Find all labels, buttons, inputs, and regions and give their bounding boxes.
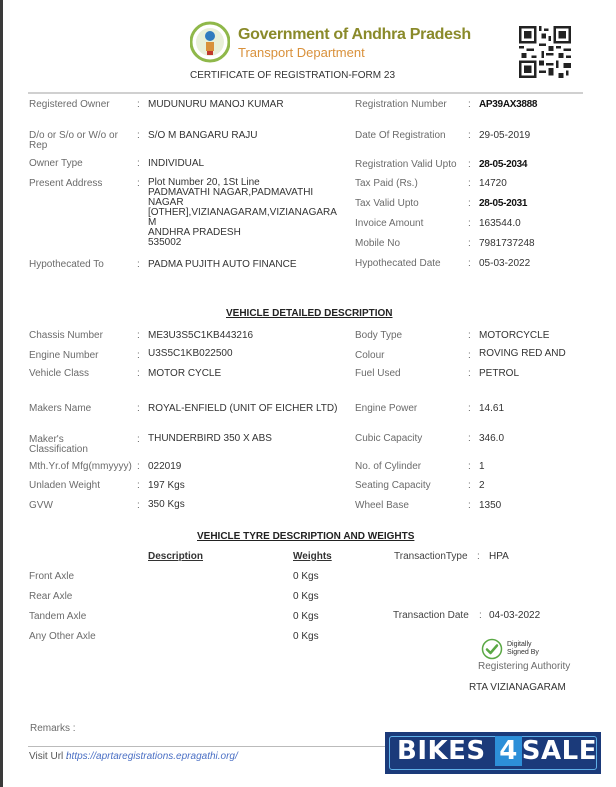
hypothecated-date-value: 05-03-2022 xyxy=(479,258,530,269)
watermark-word-bikes: BIKES xyxy=(397,736,486,766)
colon: : xyxy=(468,198,471,209)
registered-owner-label: Registered Owner xyxy=(29,99,110,110)
colon: : xyxy=(137,130,140,141)
cubic-capacity-label: Cubic Capacity xyxy=(355,433,422,444)
registering-authority-label: Registering Authority xyxy=(478,661,570,672)
andhra-pradesh-emblem-icon xyxy=(190,20,230,64)
colon: : xyxy=(468,99,471,110)
colon: : xyxy=(137,368,140,379)
registered-owner-value: MUDUNURU MANOJ KUMAR xyxy=(148,99,284,110)
certificate-title: CERTIFICATE OF REGISTRATION-FORM 23 xyxy=(190,70,395,81)
tyre-row-weight: 0 Kgs xyxy=(293,591,319,602)
tyre-row-description: Front Axle xyxy=(29,571,74,582)
mobile-no-label: Mobile No xyxy=(355,238,400,249)
digitally-label: Digitally xyxy=(507,641,532,648)
colour-value: ROVING RED AND xyxy=(479,348,566,359)
makers-classification-value: THUNDERBIRD 350 X ABS xyxy=(148,433,272,444)
colon: : xyxy=(468,159,471,170)
engine-number-value: U3S5C1KB022500 xyxy=(148,348,233,359)
hypothecated-date-label: Hypothecated Date xyxy=(355,258,441,269)
colon: : xyxy=(468,178,471,189)
qr-code-icon xyxy=(519,26,571,78)
chassis-number-value: ME3U3S5C1KB443216 xyxy=(148,330,253,341)
visit-url-link[interactable]: https://aprtaregistrations.epragathi.org… xyxy=(66,751,238,762)
date-of-registration-label: Date Of Registration xyxy=(355,130,446,141)
seating-capacity-label: Seating Capacity xyxy=(355,480,431,491)
colon: : xyxy=(468,368,471,379)
date-of-registration-value: 29-05-2019 xyxy=(479,130,530,141)
present-address-label: Present Address xyxy=(29,178,102,189)
colon: : xyxy=(468,330,471,341)
colon: : xyxy=(468,433,471,444)
digital-signature-check-icon xyxy=(481,638,503,660)
body-type-value: MOTORCYCLE xyxy=(479,330,549,341)
colon: : xyxy=(137,461,140,472)
mobile-no-value: 7981737248 xyxy=(479,238,535,249)
engine-power-value: 14.61 xyxy=(479,403,504,414)
wheel-base-value: 1350 xyxy=(479,500,501,511)
hypothecated-to-value: PADMA PUJITH AUTO FINANCE xyxy=(148,259,297,270)
tax-valid-upto-label: Tax Valid Upto xyxy=(355,198,419,209)
tax-valid-upto-value: 28-05-2031 xyxy=(479,198,527,209)
colon: : xyxy=(137,350,140,361)
no-of-cylinder-value: 1 xyxy=(479,461,485,472)
colon: : xyxy=(468,130,471,141)
vehicle-section-title: VEHICLE DETAILED DESCRIPTION xyxy=(226,308,393,319)
header-divider xyxy=(28,92,583,94)
tyre-row-description: Rear Axle xyxy=(29,591,72,602)
unladen-weight-label: Unladen Weight xyxy=(29,480,100,491)
colon: : xyxy=(137,178,140,189)
fuel-used-value: PETROL xyxy=(479,368,519,379)
colon: : xyxy=(137,99,140,110)
bikes4sale-watermark: BIKES 4SALE xyxy=(385,732,601,774)
wheel-base-label: Wheel Base xyxy=(355,500,409,511)
hypothecated-to-label: Hypothecated To xyxy=(29,259,104,270)
relation-value: S/O M BANGARU RAJU xyxy=(148,130,257,141)
tyre-row-weight: 0 Kgs xyxy=(293,571,319,582)
colon: : xyxy=(137,403,140,414)
makers-name-value: ROYAL-ENFIELD (UNIT OF EICHER LTD) xyxy=(148,403,337,414)
vehicle-class-value: MOTOR CYCLE xyxy=(148,368,221,379)
invoice-amount-label: Invoice Amount xyxy=(355,218,423,229)
remarks-label: Remarks : xyxy=(30,723,76,734)
colon: : xyxy=(137,158,140,169)
body-type-label: Body Type xyxy=(355,330,402,341)
chassis-number-label: Chassis Number xyxy=(29,330,103,341)
gvw-label: GVW xyxy=(29,500,53,511)
fuel-used-label: Fuel Used xyxy=(355,368,401,379)
mfg-date-value: 022019 xyxy=(148,461,181,472)
makers-name-label: Makers Name xyxy=(29,403,91,414)
colon: : xyxy=(479,610,482,621)
registration-valid-upto-label: Registration Valid Upto xyxy=(355,159,457,170)
visit-url-label: Visit Url : xyxy=(29,751,69,762)
watermark-word-sale: SALE xyxy=(522,736,597,766)
tyre-row-weight: 0 Kgs xyxy=(293,611,319,622)
cubic-capacity-value: 346.0 xyxy=(479,433,504,444)
department-title: Transport Department xyxy=(238,45,365,60)
transaction-type-value: HPA xyxy=(489,551,509,562)
invoice-amount-value: 163544.0 xyxy=(479,218,521,229)
present-address-value: Plot Number 20, 1St Line PADMAVATHI NAGA… xyxy=(148,178,337,248)
colon: : xyxy=(468,238,471,249)
page-edge xyxy=(0,0,3,787)
government-title: Government of Andhra Pradesh xyxy=(238,26,471,44)
tyre-row-description: Any Other Axle xyxy=(29,631,96,642)
engine-power-label: Engine Power xyxy=(355,403,417,414)
engine-number-label: Engine Number xyxy=(29,350,98,361)
tax-paid-label: Tax Paid (Rs.) xyxy=(355,178,418,189)
tyre-row-description: Tandem Axle xyxy=(29,611,86,622)
colon: : xyxy=(137,330,140,341)
colon: : xyxy=(468,218,471,229)
weights-column-header: Weights xyxy=(293,551,332,562)
owner-type-label: Owner Type xyxy=(29,158,83,169)
unladen-weight-value: 197 Kgs xyxy=(148,480,185,491)
registration-number-value: AP39AX3888 xyxy=(479,99,537,110)
colon: : xyxy=(468,258,471,269)
colon: : xyxy=(468,350,471,361)
transaction-date-label: Transaction Date xyxy=(393,610,469,621)
colon: : xyxy=(137,259,140,270)
transaction-type-label: TransactionType xyxy=(394,551,468,562)
rta-office: RTA VIZIANAGARAM xyxy=(469,682,566,693)
vehicle-class-label: Vehicle Class xyxy=(29,368,89,379)
registration-valid-upto-value: 28-05-2034 xyxy=(479,159,527,170)
signed-by-label: Signed By xyxy=(507,649,539,656)
colon: : xyxy=(468,480,471,491)
no-of-cylinder-label: No. of Cylinder xyxy=(355,461,421,472)
colon: : xyxy=(137,500,140,511)
seating-capacity-value: 2 xyxy=(479,480,485,491)
mfg-date-label: Mth.Yr.of Mfg(mmyyyy) xyxy=(29,461,132,472)
colon: : xyxy=(468,403,471,414)
tyre-section-title: VEHICLE TYRE DESCRIPTION AND WEIGHTS xyxy=(197,531,414,542)
tax-paid-value: 14720 xyxy=(479,178,507,189)
watermark-word-4: 4 xyxy=(495,736,522,766)
transaction-date-value: 04-03-2022 xyxy=(489,610,540,621)
tyre-row-weight: 0 Kgs xyxy=(293,631,319,642)
makers-classification-label-line2: Classification xyxy=(29,444,88,455)
relation-label-line2: Rep xyxy=(29,140,47,151)
registration-number-label: Registration Number xyxy=(355,99,447,110)
colon: : xyxy=(468,461,471,472)
colon: : xyxy=(137,480,140,491)
description-column-header: Description xyxy=(148,551,203,562)
gvw-value: 350 Kgs xyxy=(148,499,185,510)
colour-label: Colour xyxy=(355,350,384,361)
owner-type-value: INDIVIDUAL xyxy=(148,158,204,169)
footer-divider xyxy=(28,746,388,747)
colon: : xyxy=(137,434,140,445)
colon: : xyxy=(477,551,480,562)
colon: : xyxy=(468,500,471,511)
